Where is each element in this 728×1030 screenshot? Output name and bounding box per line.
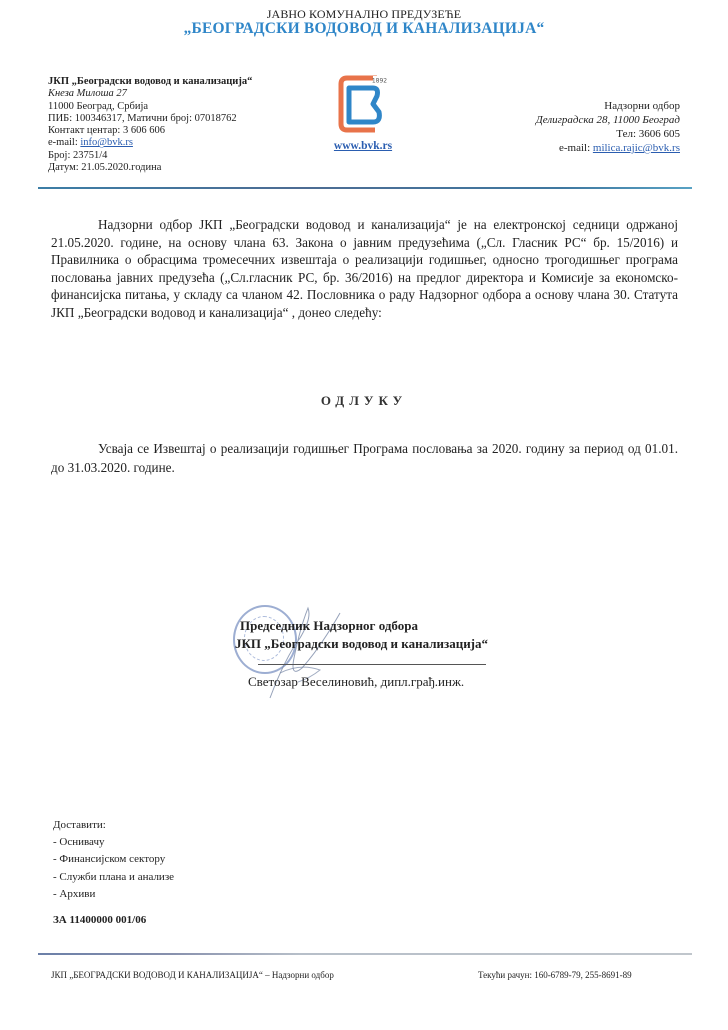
recipient-email-line: e-mail: milica.rajic@bvk.rs	[536, 141, 680, 155]
sender-email-line: e-mail: info@bvk.rs	[48, 137, 252, 149]
document-date: Датум: 21.05.2020.година	[48, 162, 252, 174]
sender-email-link[interactable]: info@bvk.rs	[80, 137, 133, 148]
handwritten-signature-icon	[250, 598, 370, 708]
footer-divider	[38, 953, 692, 955]
signatory-title: Председник Надзорног одбора	[240, 617, 418, 634]
footer-organization: ЈКП „БЕОГРАДСКИ ВОДОВОД И КАНАЛИЗАЦИЈА“ …	[51, 970, 334, 980]
footer-bank-account: Текући рачун: 160-6789-79, 255-8691-89	[478, 970, 632, 980]
recipient-block: Надзорни одбор Делиградска 28, 11000 Бео…	[536, 99, 680, 155]
delivery-item: - Служби плана и анализе	[53, 869, 174, 886]
bvk-logo-icon: 1892	[337, 74, 387, 134]
signatory-organization: ЈКП „Београдски водовод и канализација“	[235, 636, 488, 652]
recipient-email-label: e-mail:	[559, 142, 593, 154]
sender-ids: ПИБ: 100346317, Матични број: 07018762	[48, 113, 252, 125]
sender-email-label: e-mail:	[48, 137, 80, 148]
delivery-item: - Архиви	[53, 886, 174, 903]
svg-text:1892: 1892	[372, 78, 387, 85]
decision-text: Усваја се Извештај о реализацији годишње…	[51, 439, 678, 477]
document-number: Број: 23751/4	[48, 150, 252, 162]
document-code: ЗА 11400000 001/06	[53, 914, 146, 926]
decision-title: ОДЛУКУ	[0, 393, 728, 409]
website-link[interactable]: www.bvk.rs	[328, 140, 398, 152]
organization-name: „БЕОГРАДСКИ ВОДОВОД И КАНАЛИЗАЦИЈА“	[0, 20, 728, 38]
delivery-item: - Оснивачу	[53, 834, 174, 851]
preamble-paragraph: Надзорни одбор ЈКП „Београдски водовод и…	[51, 216, 678, 322]
sender-block: ЈКП „Београдски водовод и канализација“ …	[48, 76, 252, 174]
signature-line	[258, 664, 486, 665]
recipient-email-link[interactable]: milica.rajic@bvk.rs	[593, 142, 680, 154]
delivery-list: Доставити: - Оснивачу - Финансијском сек…	[53, 817, 174, 903]
header-divider	[38, 187, 692, 189]
delivery-label: Доставити:	[53, 817, 174, 834]
recipient-name: Надзорни одбор	[536, 99, 680, 113]
sender-name: ЈКП „Београдски водовод и канализација“	[48, 76, 252, 88]
sender-city: 11000 Београд, Србија	[48, 101, 252, 113]
delivery-item: - Финансијском сектору	[53, 851, 174, 868]
sender-street: Кнеза Милоша 27	[48, 88, 252, 100]
recipient-address: Делиградска 28, 11000 Београд	[536, 113, 680, 127]
signatory-name: Светозар Веселиновић, дипл.грађ.инж.	[248, 674, 464, 690]
sender-contact: Контакт центар: 3 606 606	[48, 125, 252, 137]
recipient-phone: Тел: 3606 605	[536, 127, 680, 141]
